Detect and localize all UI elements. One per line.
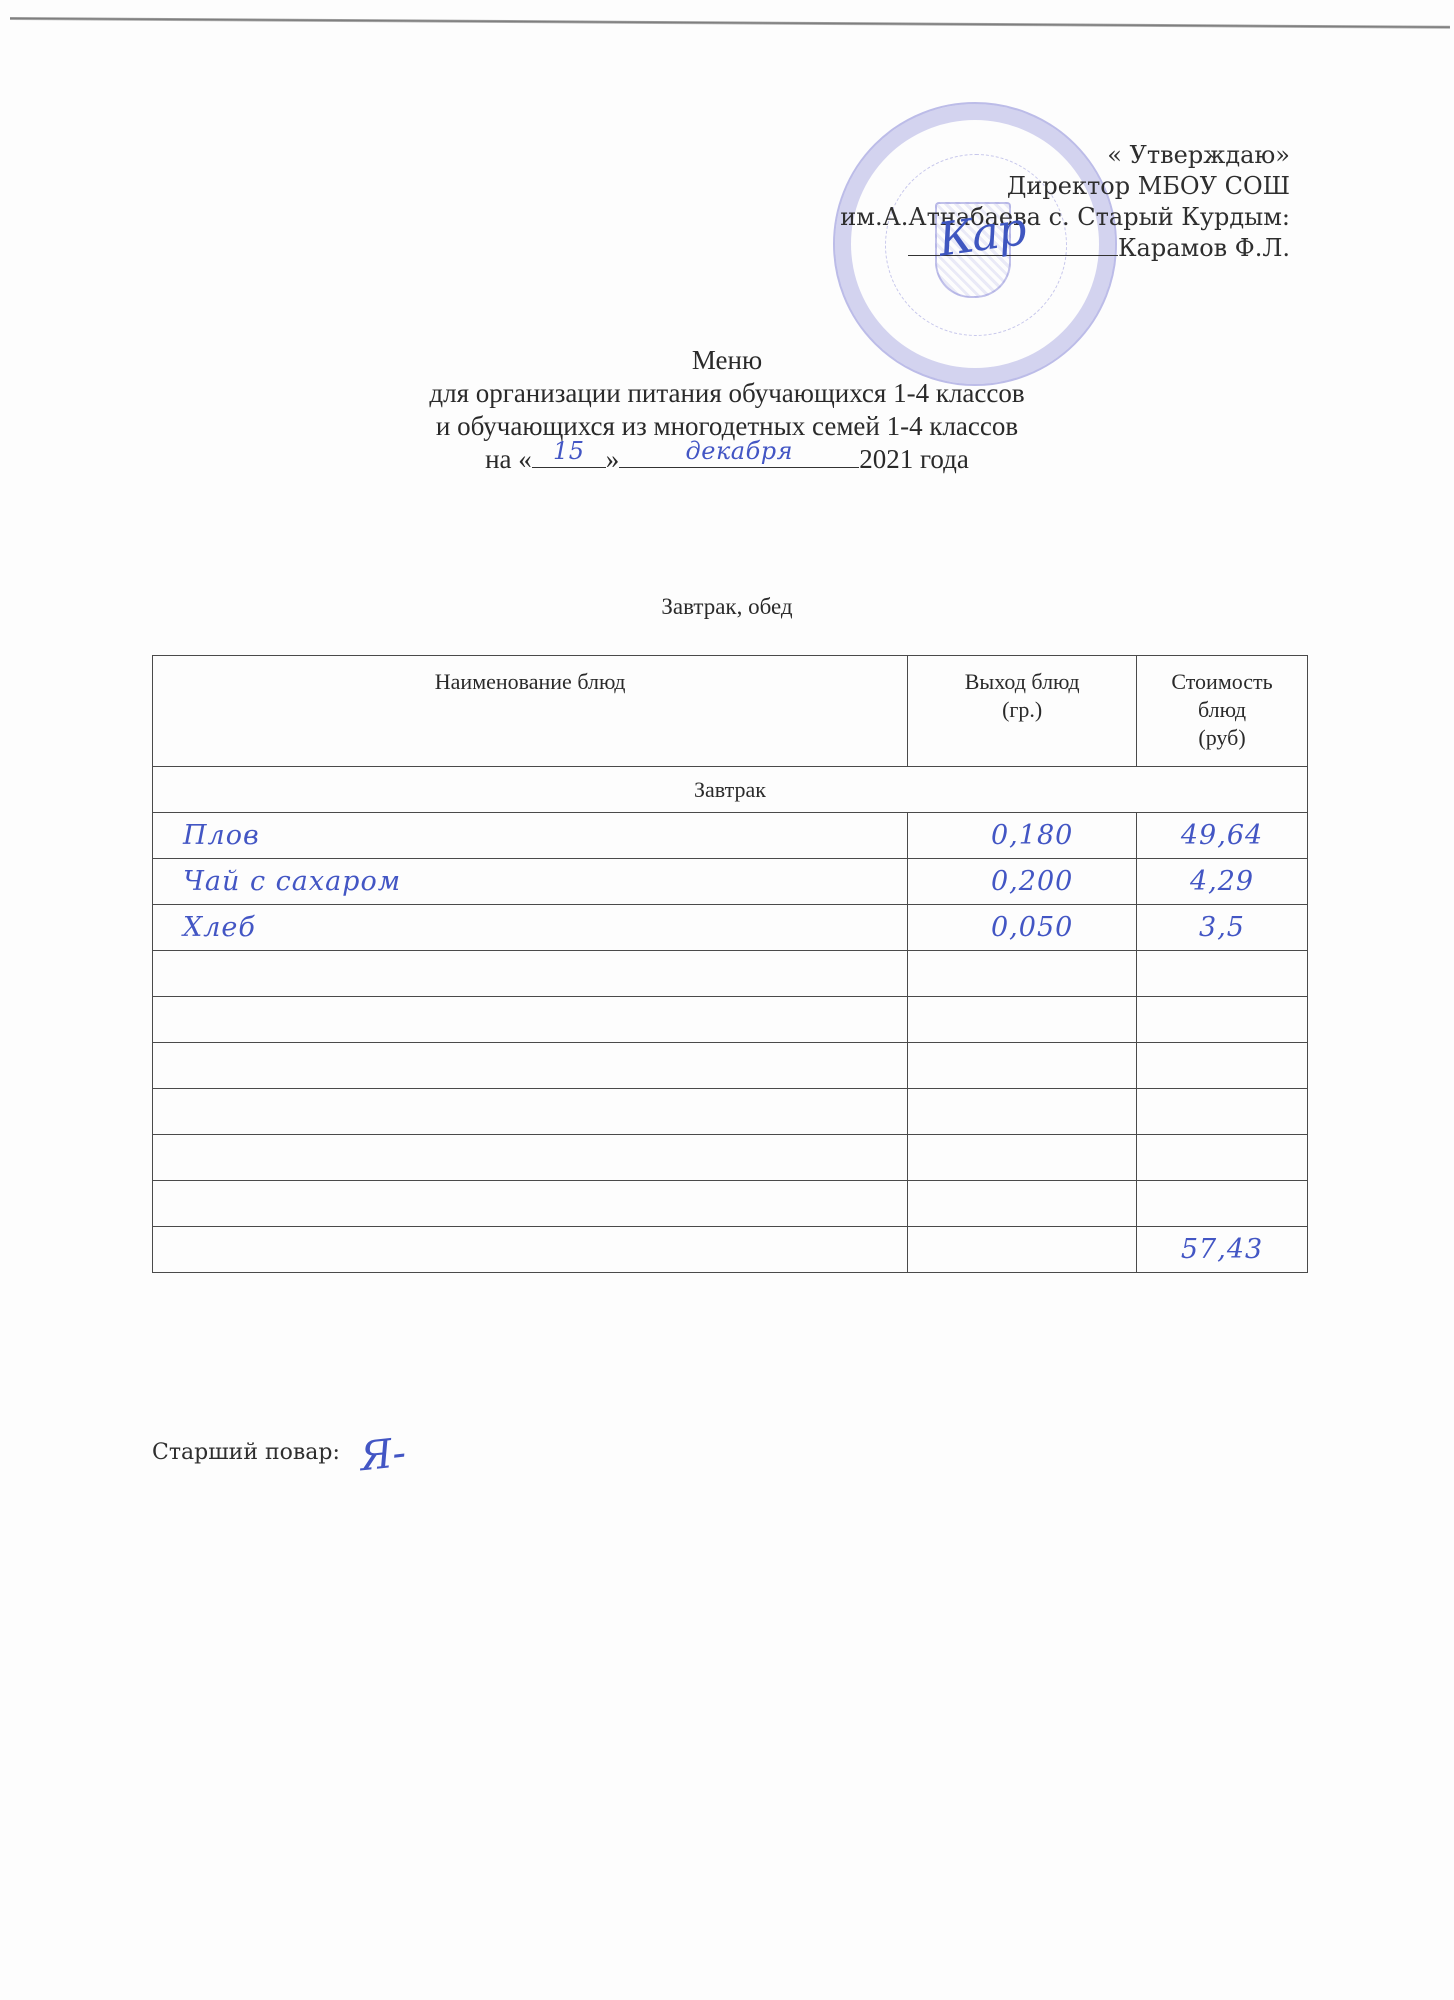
date-day-field: 15 [532, 443, 606, 468]
dish-name-cell [153, 1043, 908, 1089]
yield-cell [908, 1181, 1137, 1227]
dish-name-cell-value: Хлеб [153, 912, 256, 943]
table-row [153, 1135, 1308, 1181]
cost-cell-value: 49,64 [1181, 820, 1263, 851]
date-month-value: декабря [619, 435, 859, 468]
approval-signature-line: КарКарамов Ф.Л. [840, 233, 1290, 264]
yield-cell-value: 0,180 [991, 820, 1073, 851]
table-row [153, 1043, 1308, 1089]
table-row: Плов0,18049,64 [153, 813, 1308, 859]
approval-block: « Утверждаю» Директор МБОУ СОШ им.А.Атна… [840, 140, 1290, 264]
dish-name-cell-value [153, 1050, 183, 1081]
table-row [153, 997, 1308, 1043]
header-cost: Стоимостьблюд(руб) [1137, 656, 1308, 767]
yield-cell [908, 1227, 1137, 1273]
yield-cell [908, 997, 1137, 1043]
dish-name-cell: Чай с сахаром [153, 859, 908, 905]
header-dish-name: Наименование блюд [153, 656, 908, 767]
yield-cell: 0,180 [908, 813, 1137, 859]
yield-cell [908, 1043, 1137, 1089]
total-cost-cell-value: 57,43 [1181, 1234, 1263, 1265]
date-quote-close: » [606, 444, 620, 474]
total-cost-cell: 57,43 [1137, 1227, 1308, 1273]
signature-underline: Кар [908, 233, 1118, 256]
yield-cell: 0,200 [908, 859, 1137, 905]
yield-cell: 0,050 [908, 905, 1137, 951]
yield-cell [908, 1089, 1137, 1135]
cost-cell [1137, 951, 1308, 997]
cost-cell [1137, 1135, 1308, 1181]
title-menu: Меню [0, 344, 1454, 377]
cost-cell-value: 3,5 [1199, 912, 1245, 943]
date-day-value: 15 [532, 435, 606, 468]
cost-cell [1137, 1043, 1308, 1089]
menu-table: Наименование блюд Выход блюд(гр.) Стоимо… [152, 655, 1308, 1273]
director-signature: Кар [935, 205, 1027, 263]
dish-name-cell-value [153, 1188, 183, 1219]
dish-name-cell [153, 1227, 908, 1273]
dish-name-cell: Плов [153, 813, 908, 859]
director-name: Карамов Ф.Л. [1118, 234, 1290, 262]
total-row: 57,43 [153, 1227, 1308, 1273]
section-row-breakfast: Завтрак [153, 767, 1308, 813]
section-label: Завтрак [153, 767, 1308, 813]
dish-name-cell-value [153, 1096, 183, 1127]
cost-cell [1137, 1181, 1308, 1227]
cost-cell: 4,29 [1137, 859, 1308, 905]
date-month-field: декабря [619, 443, 859, 468]
dish-name-cell [153, 997, 908, 1043]
approval-heading: « Утверждаю» [840, 140, 1290, 171]
yield-cell [908, 1135, 1137, 1181]
yield-cell-value: 0,050 [991, 912, 1073, 943]
dish-name-cell [153, 1135, 908, 1181]
dish-name-cell-value [153, 1234, 183, 1265]
cost-cell [1137, 1089, 1308, 1135]
date-prefix: на « [485, 444, 532, 474]
table-header-row: Наименование блюд Выход блюд(гр.) Стоимо… [153, 656, 1308, 767]
yield-cell [908, 951, 1137, 997]
meal-caption: Завтрак, обед [0, 594, 1454, 620]
approval-school: им.А.Атнабаева с. Старый Курдым: [840, 202, 1290, 233]
cost-cell: 3,5 [1137, 905, 1308, 951]
dish-name-cell-value [153, 1004, 183, 1035]
title-purpose: для организации питания обучающихся 1-4 … [0, 377, 1454, 410]
chef-signature: Я- [358, 1430, 408, 1481]
header-yield: Выход блюд(гр.) [908, 656, 1137, 767]
table-row [153, 1089, 1308, 1135]
title-date: на «15»декабря2021 года [0, 443, 1454, 476]
dish-name-cell [153, 1089, 908, 1135]
chef-label: Старший повар: [152, 1440, 340, 1465]
document-title: Меню для организации питания обучающихся… [0, 344, 1454, 476]
approval-position: Директор МБОУ СОШ [840, 171, 1290, 202]
cost-cell [1137, 997, 1308, 1043]
dish-name-cell [153, 1181, 908, 1227]
date-year: 2021 года [859, 444, 969, 474]
cost-cell-value: 4,29 [1190, 866, 1254, 897]
dish-name-cell: Хлеб [153, 905, 908, 951]
table-row: Чай с сахаром0,2004,29 [153, 859, 1308, 905]
yield-cell-value: 0,200 [991, 866, 1073, 897]
cost-cell: 49,64 [1137, 813, 1308, 859]
dish-name-cell-value [153, 958, 183, 989]
scan-edge-line [10, 17, 1450, 29]
dish-name-cell-value: Чай с сахаром [153, 866, 401, 897]
table-row [153, 951, 1308, 997]
table-row: Хлеб0,0503,5 [153, 905, 1308, 951]
table-row [153, 1181, 1308, 1227]
dish-name-cell-value [153, 1142, 183, 1173]
dish-name-cell [153, 951, 908, 997]
dish-name-cell-value: Плов [153, 820, 260, 851]
